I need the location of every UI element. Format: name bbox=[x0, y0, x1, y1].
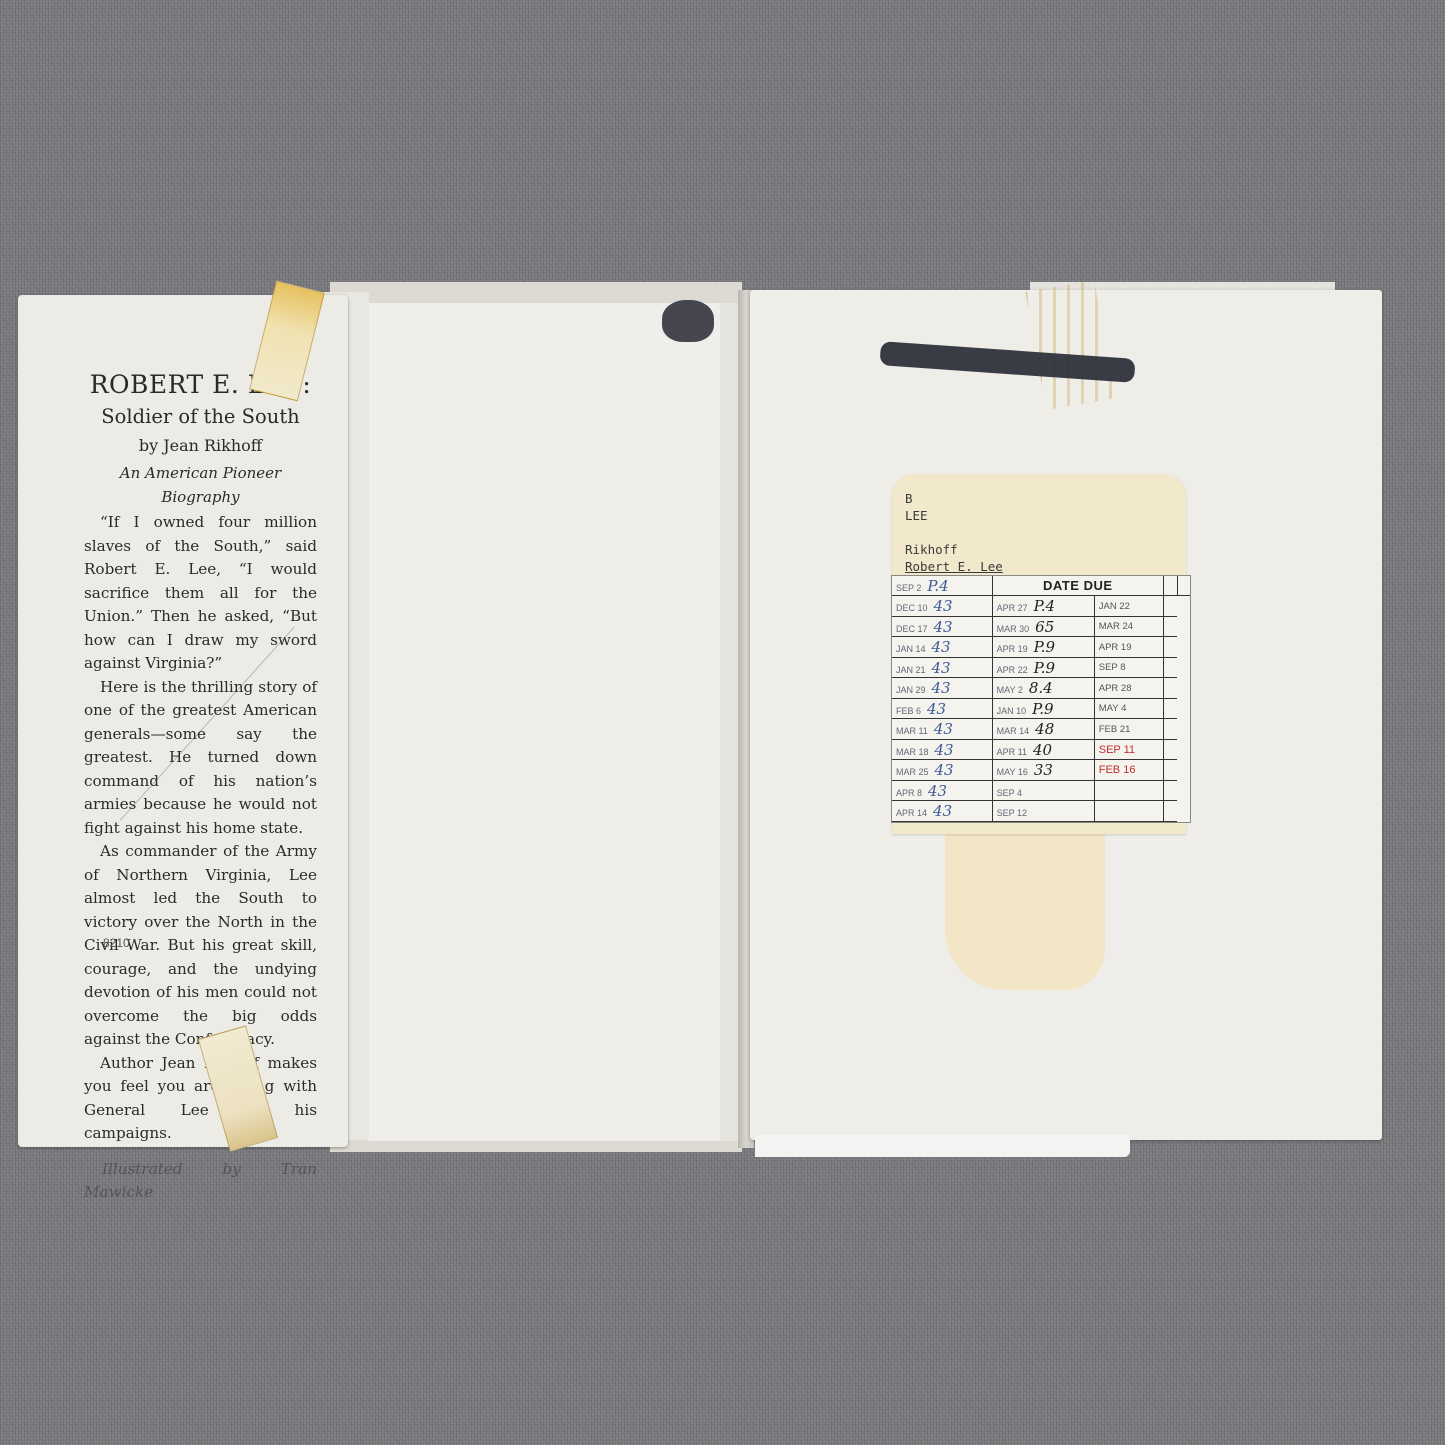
due-date-stamp: JAN 22 bbox=[1099, 601, 1130, 612]
date-due-cell: MAR 1448 bbox=[992, 719, 1094, 740]
handwritten-note: 8.4 bbox=[1029, 679, 1053, 697]
due-date-stamp: APR 11 bbox=[997, 747, 1027, 757]
due-date-stamp: JAN 29 bbox=[896, 685, 926, 695]
date-due-cell: SEP 12 bbox=[992, 801, 1094, 822]
handwritten-note: 33 bbox=[1034, 761, 1053, 779]
handwritten-note: P.9 bbox=[1032, 700, 1053, 718]
due-date-stamp: APR 19 bbox=[997, 644, 1028, 654]
due-date-stamp: FEB 6 bbox=[896, 706, 921, 716]
due-date-stamp: APR 14 bbox=[896, 808, 927, 818]
marker-blot bbox=[662, 300, 714, 342]
due-date-stamp: JAN 21 bbox=[896, 665, 926, 675]
handwritten-note: 43 bbox=[935, 761, 954, 779]
endpaper-hinge bbox=[720, 303, 738, 1141]
book-series: An American Pioneer Biography bbox=[84, 461, 317, 509]
date-due-row: JAN 1443APR 19P.9APR 19 bbox=[892, 637, 1190, 658]
faded-column-cell bbox=[1163, 760, 1177, 781]
date-due-cell: MAY 28.4 bbox=[992, 678, 1094, 699]
due-date-stamp: MAR 18 bbox=[896, 747, 929, 757]
date-due-cell: APR 1140 bbox=[992, 739, 1094, 760]
due-date-stamp: MAR 14 bbox=[997, 726, 1030, 736]
handwritten-note: P.4 bbox=[1034, 597, 1055, 615]
book-card-header: B LEE Rikhoff Robert E. Lee bbox=[905, 490, 1003, 575]
date-due-cell: APR 1443 bbox=[892, 801, 992, 822]
date-due-cell bbox=[1094, 801, 1163, 822]
due-date-stamp: DEC 10 bbox=[896, 603, 928, 613]
date-due-cell: SEP 4 bbox=[992, 780, 1094, 801]
date-due-cell: MAR 1143 bbox=[892, 719, 992, 740]
page-edge-strip bbox=[755, 1135, 1130, 1157]
date-due-cell: MAR 24 bbox=[1094, 616, 1163, 637]
due-date-stamp: APR 22 bbox=[997, 665, 1028, 675]
date-due-cell: APR 28 bbox=[1094, 678, 1163, 699]
handwritten-note: 43 bbox=[934, 618, 953, 636]
book-subtitle: Soldier of the South bbox=[84, 404, 317, 430]
due-date-stamp: SEP 4 bbox=[997, 788, 1022, 798]
handwritten-note: 65 bbox=[1035, 618, 1054, 636]
date-due-row: MAR 2543MAY 1633FEB 16 bbox=[892, 760, 1190, 781]
call-letter: B bbox=[905, 490, 1003, 507]
handwritten-note: 43 bbox=[933, 802, 952, 820]
date-due-cell: MAY 4 bbox=[1094, 698, 1163, 719]
handwritten-note: 43 bbox=[934, 720, 953, 738]
due-date-stamp: APR 19 bbox=[1099, 642, 1132, 653]
jacket-code: 8210 bbox=[103, 936, 130, 950]
call-name: LEE bbox=[905, 507, 1003, 524]
date-due-cell bbox=[1094, 780, 1163, 801]
date-due-cell: APR 27P.4 bbox=[992, 596, 1094, 617]
date-due-cell: JAN 1443 bbox=[892, 637, 992, 658]
faded-column-cell bbox=[1163, 678, 1177, 699]
due-date-stamp: APR 27 bbox=[997, 603, 1028, 613]
due-date-stamp: MAR 25 bbox=[896, 767, 929, 777]
handwritten-note: 40 bbox=[1033, 741, 1052, 759]
date-due-cell bbox=[1163, 576, 1177, 596]
date-due-row: JAN 2943MAY 28.4APR 28 bbox=[892, 678, 1190, 699]
faded-column-cell bbox=[1163, 801, 1177, 822]
due-date-stamp: SEP 2 bbox=[896, 583, 921, 593]
front-endpaper bbox=[368, 303, 727, 1141]
faded-column-cell bbox=[1163, 657, 1177, 678]
handwritten-note: P.9 bbox=[1034, 659, 1055, 677]
date-due-cell: JAN 2943 bbox=[892, 678, 992, 699]
book-author: by Jean Rikhoff bbox=[84, 434, 317, 458]
date-due-row: DEC 1743MAR 3065MAR 24 bbox=[892, 616, 1190, 637]
date-due-cell: FEB 21 bbox=[1094, 719, 1163, 740]
illustrator-credit: Illustrated by Tran Mawicke bbox=[84, 1158, 317, 1205]
date-due-cell: DEC 1743 bbox=[892, 616, 992, 637]
blurb-paragraph: Here is the thrilling story of one of th… bbox=[84, 676, 317, 841]
date-due-cell: MAR 2543 bbox=[892, 760, 992, 781]
faded-column-cell bbox=[1163, 698, 1177, 719]
handwritten-note: 43 bbox=[932, 659, 951, 677]
date-due-row: MAR 1843APR 1140SEP 11 bbox=[892, 739, 1190, 760]
due-date-stamp: FEB 16 bbox=[1099, 764, 1136, 776]
date-due-cell: SEP 8 bbox=[1094, 657, 1163, 678]
date-due-cell: FEB 643 bbox=[892, 698, 992, 719]
handwritten-note: 43 bbox=[935, 741, 954, 759]
due-date-stamp: SEP 8 bbox=[1099, 662, 1126, 673]
due-date-stamp: MAY 16 bbox=[997, 767, 1028, 777]
date-due-row: MAR 1143MAR 1448FEB 21 bbox=[892, 719, 1190, 740]
date-due-cell: JAN 2143 bbox=[892, 657, 992, 678]
blurb-paragraph: Author Jean Rikhoff makes you feel you a… bbox=[84, 1052, 317, 1146]
faded-column-cell bbox=[1163, 780, 1177, 801]
due-date-stamp: JAN 14 bbox=[896, 644, 926, 654]
date-due-cell: JAN 10P.9 bbox=[992, 698, 1094, 719]
handwritten-note: 43 bbox=[927, 700, 946, 718]
due-date-stamp: MAR 30 bbox=[997, 624, 1030, 634]
date-due-cell: FEB 16 bbox=[1094, 760, 1163, 781]
jacket-flap-text: ROBERT E. LEE: Soldier of the South by J… bbox=[84, 370, 317, 1205]
date-due-table: SEP 2P.4DATE DUEDEC 1043APR 27P.4JAN 22D… bbox=[892, 576, 1190, 822]
handwritten-note: 43 bbox=[932, 638, 951, 656]
due-date-stamp: MAR 11 bbox=[896, 726, 928, 736]
due-date-stamp: FEB 21 bbox=[1099, 724, 1131, 735]
handwritten-note: 43 bbox=[928, 782, 947, 800]
due-date-stamp: MAR 24 bbox=[1099, 621, 1133, 632]
faded-column-cell bbox=[1163, 739, 1177, 760]
handwritten-note: P.9 bbox=[1034, 638, 1055, 656]
due-date-stamp: MAY 4 bbox=[1099, 703, 1127, 714]
date-due-cell: APR 22P.9 bbox=[992, 657, 1094, 678]
blurb-paragraph: “If I owned four million slaves of the S… bbox=[84, 511, 317, 676]
faded-column-cell bbox=[1163, 616, 1177, 637]
date-due-header: DATE DUE bbox=[992, 576, 1163, 596]
glue-stain bbox=[945, 820, 1105, 990]
date-due-row: FEB 643JAN 10P.9MAY 4 bbox=[892, 698, 1190, 719]
card-title: Robert E. Lee bbox=[905, 558, 1003, 575]
date-due-cell: JAN 22 bbox=[1094, 596, 1163, 617]
date-due-cell: DEC 1043 bbox=[892, 596, 992, 617]
date-due-row: SEP 2P.4DATE DUE bbox=[892, 576, 1190, 596]
date-due-cell: SEP 11 bbox=[1094, 739, 1163, 760]
faded-column-cell bbox=[1163, 719, 1177, 740]
faded-column-cell bbox=[1177, 576, 1190, 596]
handwritten-note: P.4 bbox=[927, 577, 948, 595]
due-date-stamp: SEP 12 bbox=[997, 808, 1027, 818]
due-date-stamp: SEP 11 bbox=[1099, 744, 1135, 756]
card-author: Rikhoff bbox=[905, 541, 1003, 558]
date-due-row: JAN 2143APR 22P.9SEP 8 bbox=[892, 657, 1190, 678]
date-due-row: APR 843SEP 4 bbox=[892, 780, 1190, 801]
due-date-stamp: APR 28 bbox=[1099, 683, 1132, 694]
date-due-cell: APR 19 bbox=[1094, 637, 1163, 658]
date-due-cell: MAR 3065 bbox=[992, 616, 1094, 637]
handwritten-note: 43 bbox=[932, 679, 951, 697]
due-date-stamp: MAY 2 bbox=[997, 685, 1023, 695]
date-due-row: DEC 1043APR 27P.4JAN 22 bbox=[892, 596, 1190, 617]
date-due-cell: APR 19P.9 bbox=[992, 637, 1094, 658]
date-due-slip: SEP 2P.4DATE DUEDEC 1043APR 27P.4JAN 22D… bbox=[891, 575, 1191, 823]
date-due-cell: APR 843 bbox=[892, 780, 992, 801]
due-date-stamp: JAN 10 bbox=[997, 706, 1027, 716]
date-due-cell: SEP 2P.4 bbox=[892, 576, 992, 596]
date-due-row: APR 1443SEP 12 bbox=[892, 801, 1190, 822]
handwritten-note: 43 bbox=[934, 597, 953, 615]
date-due-cell: MAR 1843 bbox=[892, 739, 992, 760]
faded-column-cell bbox=[1163, 596, 1177, 617]
faded-column-cell bbox=[1163, 637, 1177, 658]
due-date-stamp: DEC 17 bbox=[896, 624, 928, 634]
handwritten-note: 48 bbox=[1035, 720, 1054, 738]
due-date-stamp: APR 8 bbox=[896, 788, 922, 798]
date-due-cell: MAY 1633 bbox=[992, 760, 1094, 781]
